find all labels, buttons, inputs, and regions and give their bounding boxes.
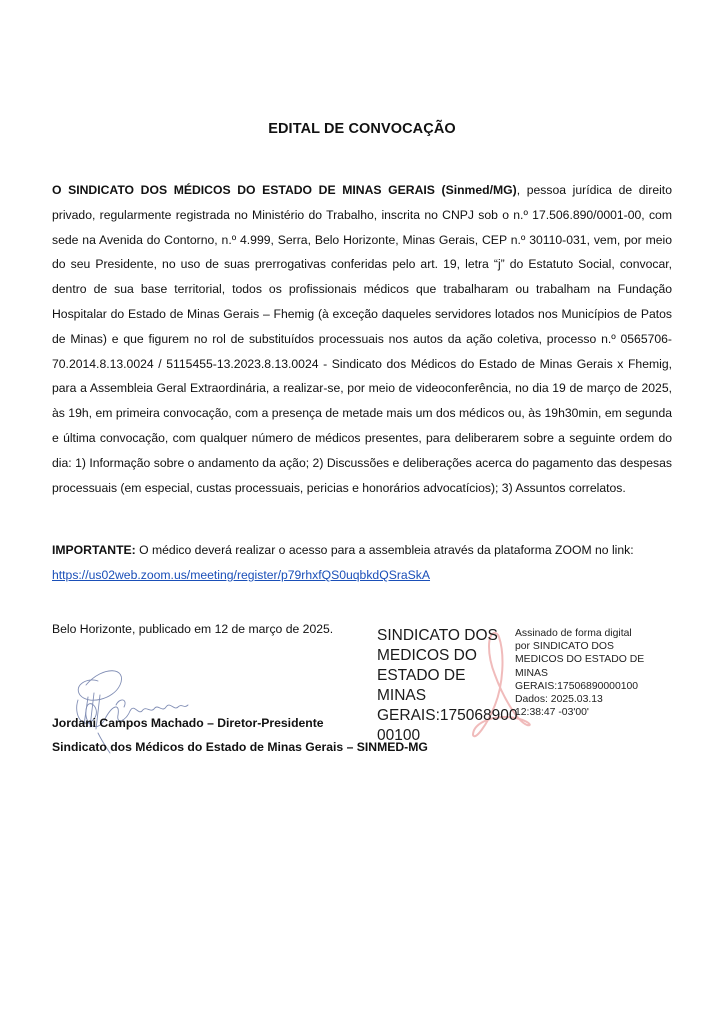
digital-info-line: Dados: 2025.03.13	[515, 693, 675, 706]
convocation-text: , pessoa jurídica de direito privado, re…	[52, 183, 672, 495]
signer-name-role: Jordani Campos Machado – Diretor-Preside…	[52, 711, 428, 735]
document-page: EDITAL DE CONVOCAÇÃO O SINDICATO DOS MÉD…	[0, 0, 724, 1024]
digital-name-line: 00100	[377, 726, 517, 746]
digital-signer-name: SINDICATO DOS MEDICOS DO ESTADO DE MINAS…	[377, 626, 517, 746]
signer-block: Jordani Campos Machado – Diretor-Preside…	[52, 711, 428, 759]
convocation-body: O SINDICATO DOS MÉDICOS DO ESTADO DE MIN…	[52, 178, 672, 500]
union-name: O SINDICATO DOS MÉDICOS DO ESTADO DE MIN…	[52, 183, 517, 197]
digital-info-line: MINAS	[515, 667, 675, 680]
digital-name-line: SINDICATO DOS	[377, 626, 517, 646]
important-notice: IMPORTANTE: O médico deverá realizar o a…	[52, 538, 692, 588]
digital-info-line: por SINDICATO DOS	[515, 640, 675, 653]
document-title: EDITAL DE CONVOCAÇÃO	[0, 121, 724, 137]
place-and-date: Belo Horizonte, publicado em 12 de março…	[52, 622, 333, 636]
digital-name-line: ESTADO DE MINAS	[377, 666, 517, 706]
digital-name-line: GERAIS:175068900	[377, 706, 517, 726]
digital-signature-info: Assinado de forma digital por SINDICATO …	[515, 627, 675, 719]
important-label: IMPORTANTE:	[52, 543, 136, 557]
digital-info-line: GERAIS:17506890000100	[515, 680, 675, 693]
digital-info-line: Assinado de forma digital	[515, 627, 675, 640]
digital-info-line: MEDICOS DO ESTADO DE	[515, 653, 675, 666]
important-text: O médico deverá realizar o acesso para a…	[136, 543, 634, 557]
zoom-meeting-link[interactable]: https://us02web.zoom.us/meeting/register…	[52, 563, 692, 588]
digital-name-line: MEDICOS DO	[377, 646, 517, 666]
digital-info-line: 12:38:47 -03'00'	[515, 706, 675, 719]
signer-organization: Sindicato dos Médicos do Estado de Minas…	[52, 735, 428, 759]
